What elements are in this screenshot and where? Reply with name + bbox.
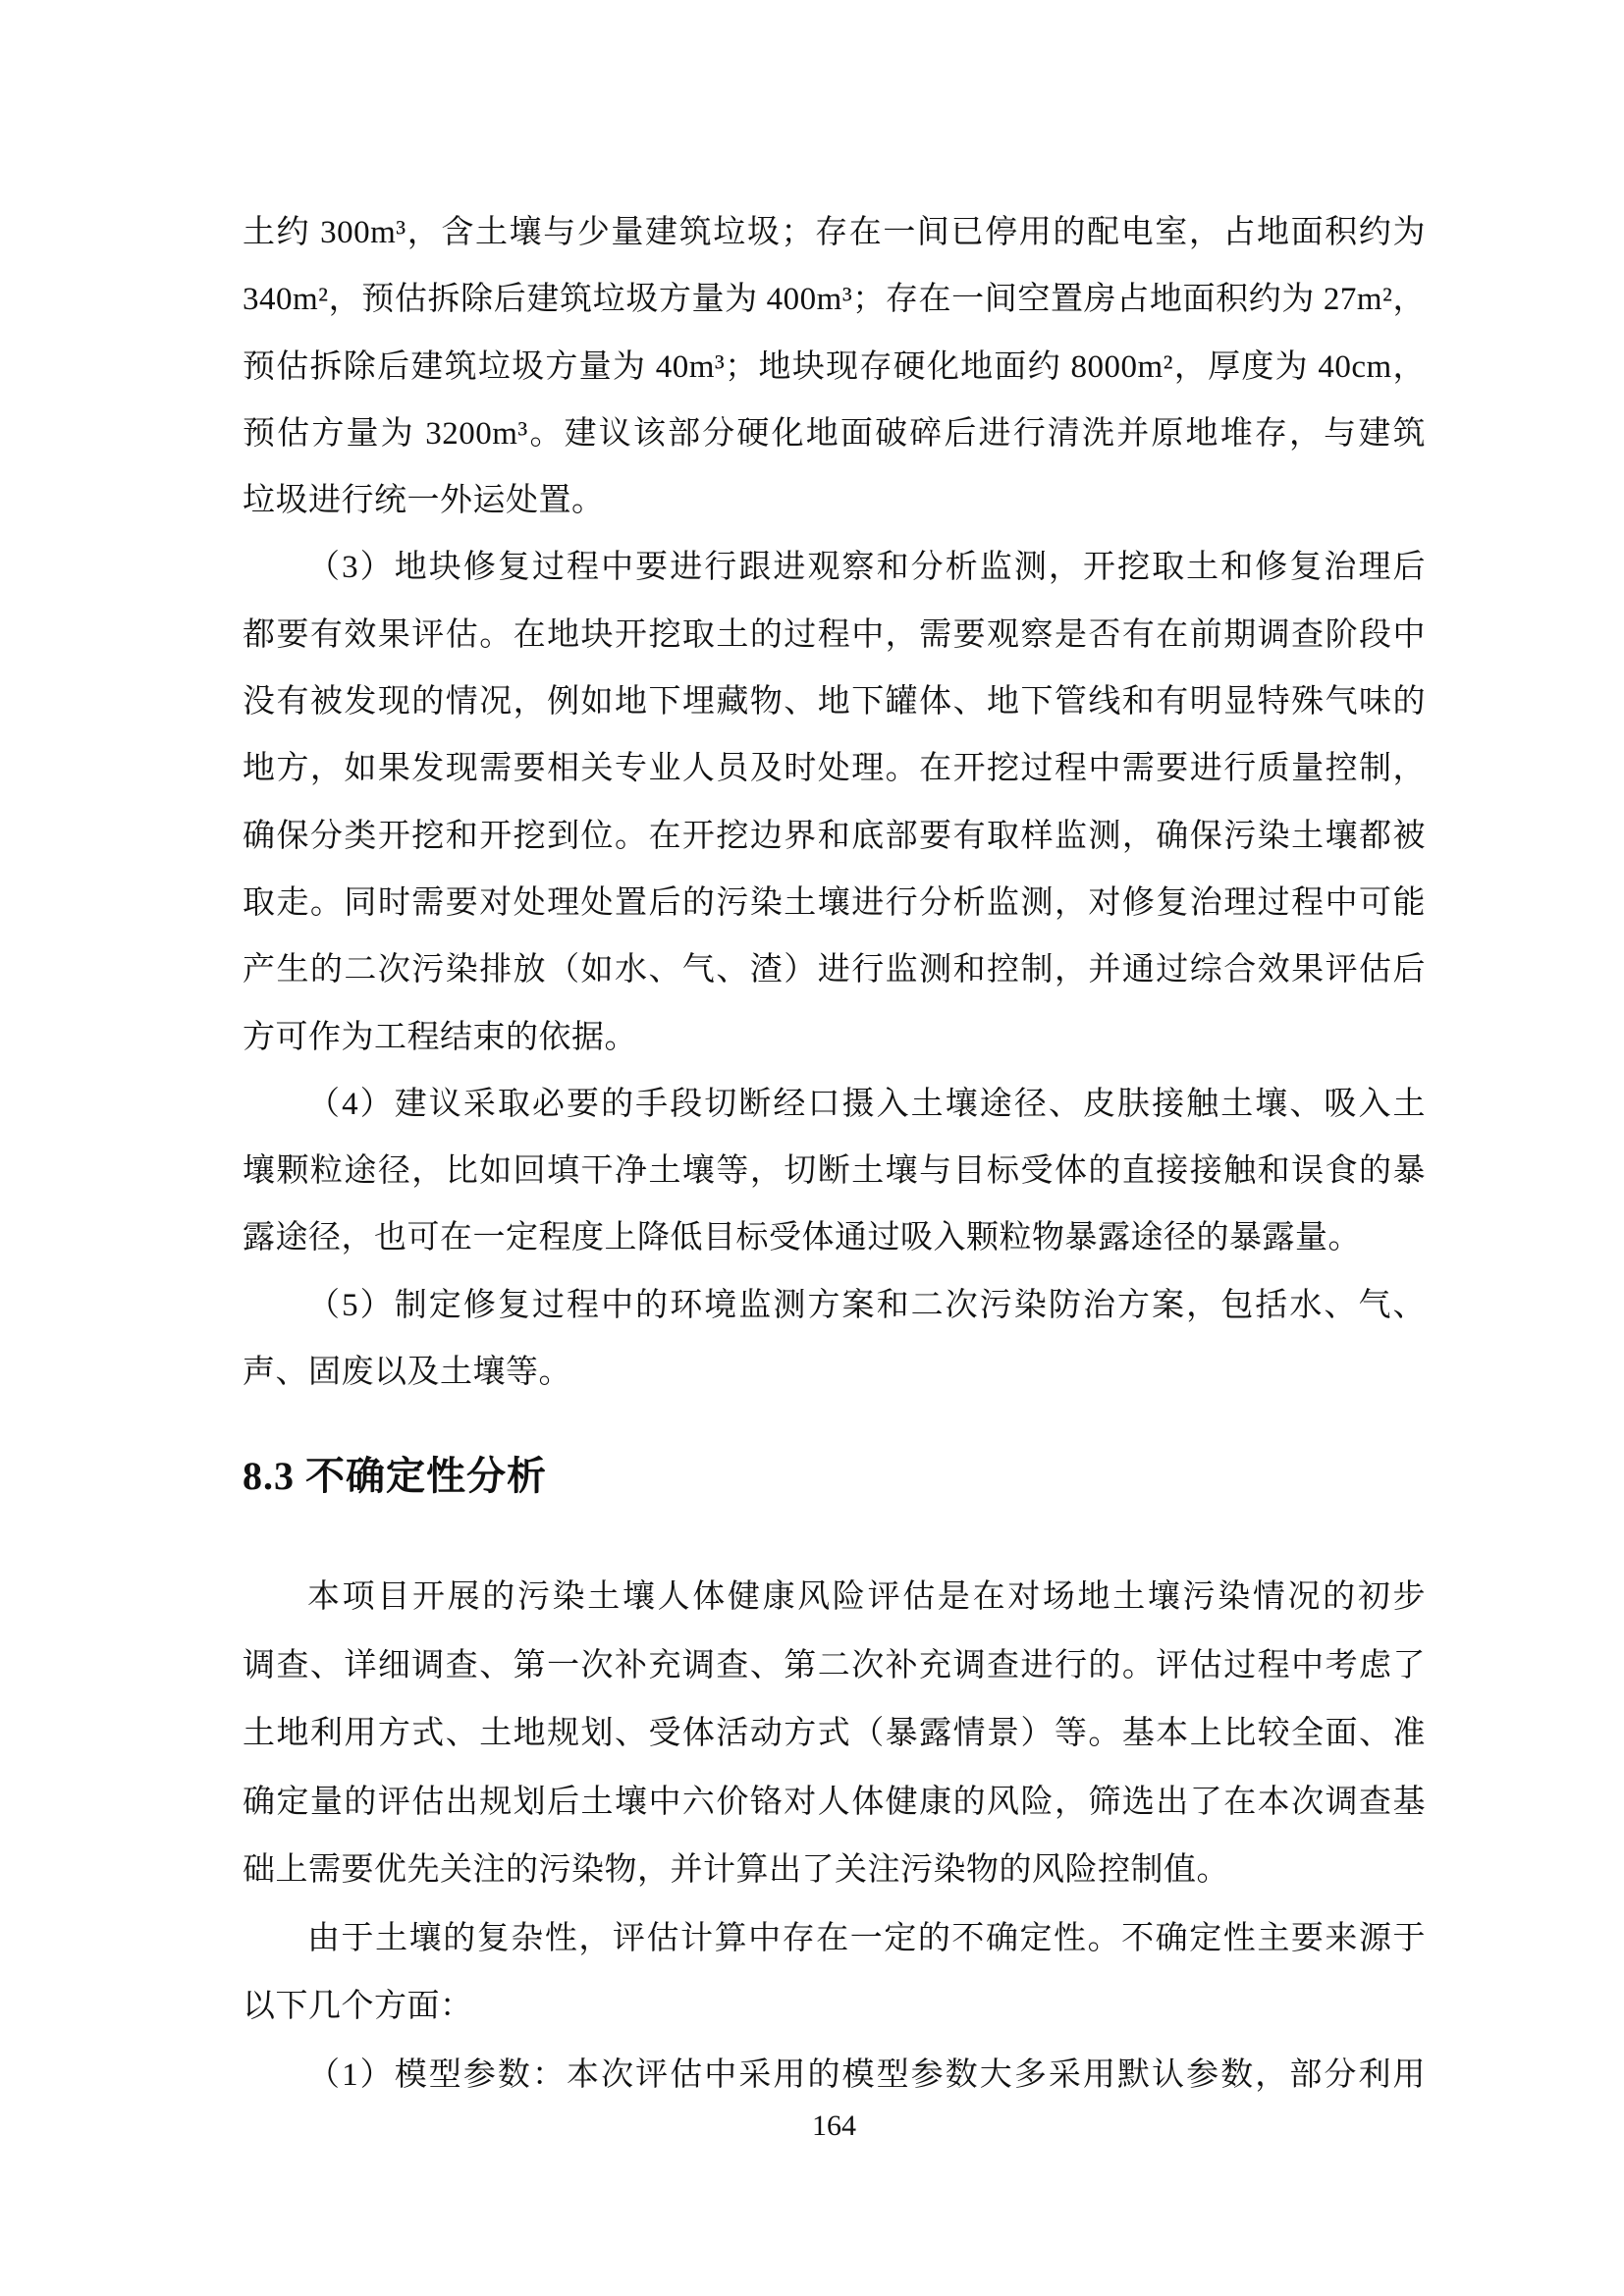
paragraph: （3）地块修复过程中要进行跟进观察和分析监测，开挖取土和修复治理后都要有效果评估… [243,534,1426,1070]
paragraph: （1）模型参数：本次评估中采用的模型参数大多采用默认参数，部分利用 [243,2042,1426,2110]
text-line: 础上需要优先关注的污染物，并计算出了关注污染物的风险控制值。 [243,1837,1426,1905]
document-body: 土约 300m³，含土壤与少量建筑垃圾；存在一间已停用的配电室，占地面积约为34… [243,199,1426,2109]
text-line: 预估方量为 3200m³。建议该部分硬化地面破碎后进行清洗并原地堆存，与建筑 [243,400,1426,467]
text-line: 土地利用方式、土地规划、受体活动方式（暴露情景）等。基本上比较全面、准 [243,1700,1426,1769]
paragraph: （5）制定修复过程中的环境监测方案和二次污染防治方案，包括水、气、声、固废以及土… [243,1272,1426,1407]
text-line: 地方，如果发现需要相关专业人员及时处理。在开挖过程中需要进行质量控制， [243,735,1426,802]
text-line: （5）制定修复过程中的环境监测方案和二次污染防治方案，包括水、气、 [243,1272,1426,1339]
text-line: 预估拆除后建筑垃圾方量为 40m³；地块现存硬化地面约 8000m²，厚度为 4… [243,334,1426,400]
text-line: 垃圾进行统一外运处置。 [243,467,1426,534]
text-line: 壤颗粒途径，比如回填干净土壤等，切断土壤与目标受体的直接接触和误食的暴 [243,1138,1426,1204]
text-line: 由于土壤的复杂性，评估计算中存在一定的不确定性。不确定性主要来源于 [243,1905,1426,1974]
text-line: （3）地块修复过程中要进行跟进观察和分析监测，开挖取土和修复治理后 [243,534,1426,601]
text-line: 方可作为工程结束的依据。 [243,1004,1426,1071]
text-line: 土约 300m³，含土壤与少量建筑垃圾；存在一间已停用的配电室，占地面积约为 [243,199,1426,266]
paragraph: 土约 300m³，含土壤与少量建筑垃圾；存在一间已停用的配电室，占地面积约为34… [243,199,1426,534]
text-line: 取走。同时需要对处理处置后的污染土壤进行分析监测，对修复治理过程中可能 [243,870,1426,936]
text-line: 以下几个方面： [243,1973,1426,2042]
text-line: 产生的二次污染排放（如水、气、渣）进行监测和控制，并通过综合效果评估后 [243,936,1426,1003]
text-line: 调查、详细调查、第一次补充调查、第二次补充调查进行的。评估过程中考虑了 [243,1632,1426,1701]
text-line: 本项目开展的污染土壤人体健康风险评估是在对场地土壤污染情况的初步 [243,1564,1426,1632]
paragraph: （4）建议采取必要的手段切断经口摄入土壤途径、皮肤接触土壤、吸入土壤颗粒途径，比… [243,1071,1426,1272]
document-page: 土约 300m³，含土壤与少量建筑垃圾；存在一间已停用的配电室，占地面积约为34… [0,0,1624,2296]
text-line: 都要有效果评估。在地块开挖取土的过程中，需要观察是否有在前期调查阶段中 [243,602,1426,668]
text-line: （1）模型参数：本次评估中采用的模型参数大多采用默认参数，部分利用 [243,2042,1426,2110]
text-line: （4）建议采取必要的手段切断经口摄入土壤途径、皮肤接触土壤、吸入土 [243,1071,1426,1138]
text-line: 没有被发现的情况，例如地下埋藏物、地下罐体、地下管线和有明显特殊气味的 [243,668,1426,735]
section-heading: 8.3 不确定性分析 [243,1443,1426,1510]
text-line: 340m²，预估拆除后建筑垃圾方量为 400m³；存在一间空置房占地面积约为 2… [243,266,1426,333]
text-line: 确保分类开挖和开挖到位。在开挖边界和底部要有取样监测，确保污染土壤都被 [243,803,1426,870]
paragraph: 由于土壤的复杂性，评估计算中存在一定的不确定性。不确定性主要来源于以下几个方面： [243,1905,1426,2042]
text-line: 露途径，也可在一定程度上降低目标受体通过吸入颗粒物暴露途径的暴露量。 [243,1204,1426,1271]
text-line: 声、固废以及土壤等。 [243,1339,1426,1406]
page-number: 164 [243,2107,1426,2146]
paragraph: 本项目开展的污染土壤人体健康风险评估是在对场地土壤污染情况的初步调查、详细调查、… [243,1564,1426,1905]
text-line: 确定量的评估出规划后土壤中六价铬对人体健康的风险，筛选出了在本次调查基 [243,1769,1426,1838]
